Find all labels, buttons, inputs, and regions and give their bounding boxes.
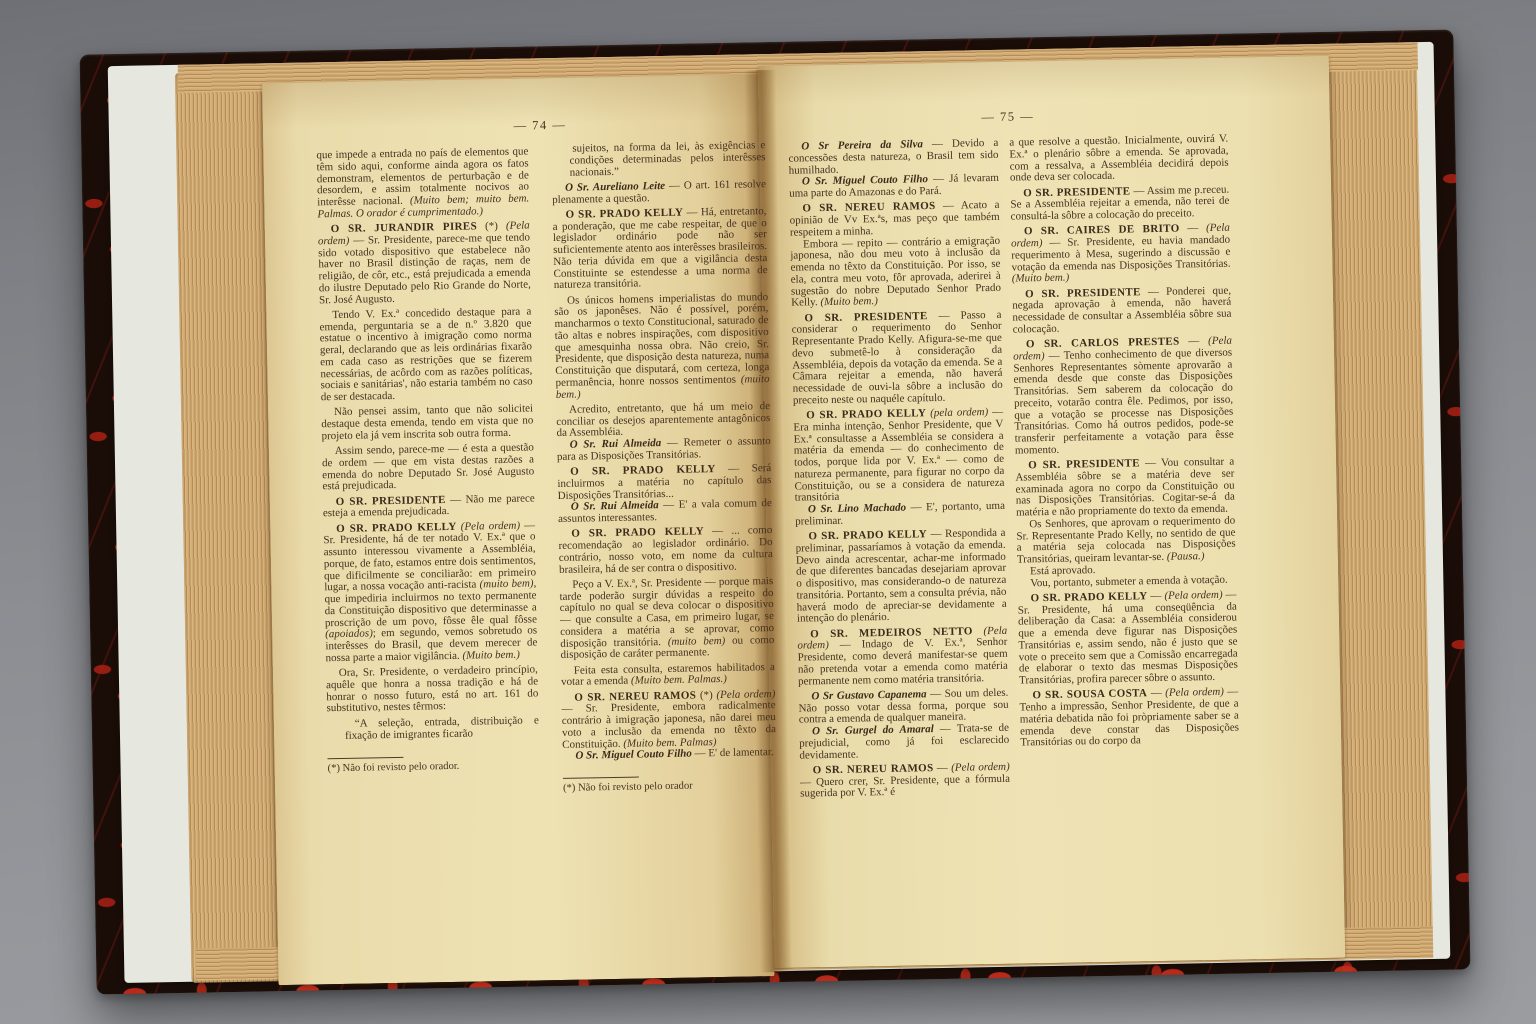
paragraph: Feita esta consulta, estaremos habilitad… (561, 662, 775, 689)
paragraph: O SR. SOUSA COSTA — (Pela ordem) — Tenho… (1019, 687, 1239, 750)
paragraph: O SR. PRADO KELLY — Respondida a prelimi… (795, 528, 1007, 626)
paragraph: Assim sendo, parece-me — é esta a questã… (322, 442, 535, 493)
paragraph: O SR. PRESIDENTE — Ponderei que, negada … (1012, 285, 1232, 336)
paragraph: Os únicos homens imperialistas do mundo … (554, 292, 770, 402)
paragraph: O SR. JURANDIR PIRES (*) (Pela ordem) — … (318, 220, 531, 306)
paragraph: O SR. PRADO KELLY (Pela ordem) — Sr. Pre… (323, 520, 538, 665)
paragraph: O Sr. Rui Almeida — Remeter o assunto pa… (557, 436, 771, 463)
paragraph: “A seleção, entrada, distribuição e fixa… (345, 715, 539, 742)
photo-backdrop: — 74 — — 75 — que impede a entrada no pa… (0, 0, 1536, 1024)
paragraph: Os Senhores, que aprovam o requerimento … (1016, 515, 1236, 566)
page-74-column-2: sujeitos, na forma da lei, às exigências… (551, 140, 780, 982)
paragraph: O SR. CAIRES DE BRITO — (Pela ordem) — S… (1011, 223, 1231, 286)
paragraph: O Sr. Miguel Couto Filho — E' de lamenta… (562, 747, 776, 763)
footnote: (*) Não foi revisto pelo orador. (327, 754, 539, 775)
paragraph: O Sr Gustavo Capanema — Sou um deles. Nã… (798, 688, 1009, 727)
paragraph: O SR. PRESIDENTE — Vou consultar a Assem… (1015, 457, 1235, 520)
paragraph: Vou, portanto, submeter a emenda à votaç… (1017, 574, 1236, 590)
paragraph: Peço a V. Ex.ª, Sr. Presidente — porque … (559, 576, 774, 662)
paragraph: Não pensei assim, tanto que não solicite… (321, 404, 534, 443)
paragraph: O SR. PRADO KELLY — Há, entretanto, a po… (552, 206, 767, 292)
paragraph: O SR. PRADO KELLY — ... como recomendaçã… (558, 525, 773, 576)
paragraph: O SR. PRADO KELLY — Será incluirmos a ma… (557, 463, 772, 502)
paragraph: O SR. PRESIDENTE — Passo a considerar o … (791, 309, 1003, 407)
page-75-column-2: a que resolve a questão. Inicialmente, o… (1009, 134, 1243, 976)
paragraph: O SR. NEREU RAMOS — (Pela ordem) — Quero… (800, 761, 1011, 800)
paragraph: O SR. PRESIDENTE — Não me parece esteja … (323, 493, 535, 520)
paragraph: O Sr Pereira da Silva — Devido a concess… (788, 138, 999, 177)
paragraph: a que resolve a questão. Inicialmente, o… (1009, 134, 1229, 185)
paragraph: Ora, Sr. Presidente, o verdadeiro princí… (326, 664, 539, 715)
paragraph: Embora — repito — contrário a emigração … (790, 235, 1001, 309)
paragraph: O SR. PRADO KELLY — (Pela ordem) — Sr. P… (1018, 589, 1239, 687)
paragraph: que impede a entrada no país de elemento… (316, 146, 529, 220)
paragraph: Tendo V. Ex.ª concedido destaque para a … (319, 306, 533, 404)
footnote: (*) Não foi revisto pelo orador (563, 774, 777, 795)
paragraph: Acredito, entretanto, que há um meio de … (556, 401, 771, 440)
paragraph: O Sr. Lino Machado — E', portanto, uma p… (795, 501, 1005, 528)
paragraph: O Sr. Miguel Couto Filho — Já levaram um… (789, 173, 999, 200)
paragraph: O Sr. Gurgel do Amaral — Trata-se de pre… (799, 723, 1010, 762)
paragraph: O SR. CARLOS PRESTES — (Pela ordem) — Te… (1013, 336, 1234, 457)
paragraph: O SR. NEREU RAMOS — Acato a opinião de V… (789, 200, 1000, 239)
paragraph: sujeitos, na forma da lei, às exigências… (569, 140, 766, 179)
paragraph: O SR. MEDEIROS NETTO (Pela ordem) — Inda… (797, 625, 1008, 688)
open-book: — 74 — — 75 — que impede a entrada no pa… (80, 29, 1471, 994)
paragraph: O SR. NEREU RAMOS (*) (Pela ordem) — Sr.… (561, 689, 776, 752)
page-74-column-1: que impede a entrada no país de elemento… (316, 146, 543, 988)
paragraph: O SR. PRESIDENTE — Assim me p.receu. Se … (1010, 184, 1230, 223)
paragraph: O SR. PRADO KELLY (pela ordem) — Era min… (793, 407, 1005, 505)
paragraph: O Sr. Rui Almeida — E' a vala comum de a… (558, 498, 772, 525)
page-75-column-1: O Sr Pereira da Silva — Devido a concess… (788, 138, 1013, 980)
paragraph: O Sr. Aureliano Leite — O art. 161 resol… (552, 179, 766, 206)
